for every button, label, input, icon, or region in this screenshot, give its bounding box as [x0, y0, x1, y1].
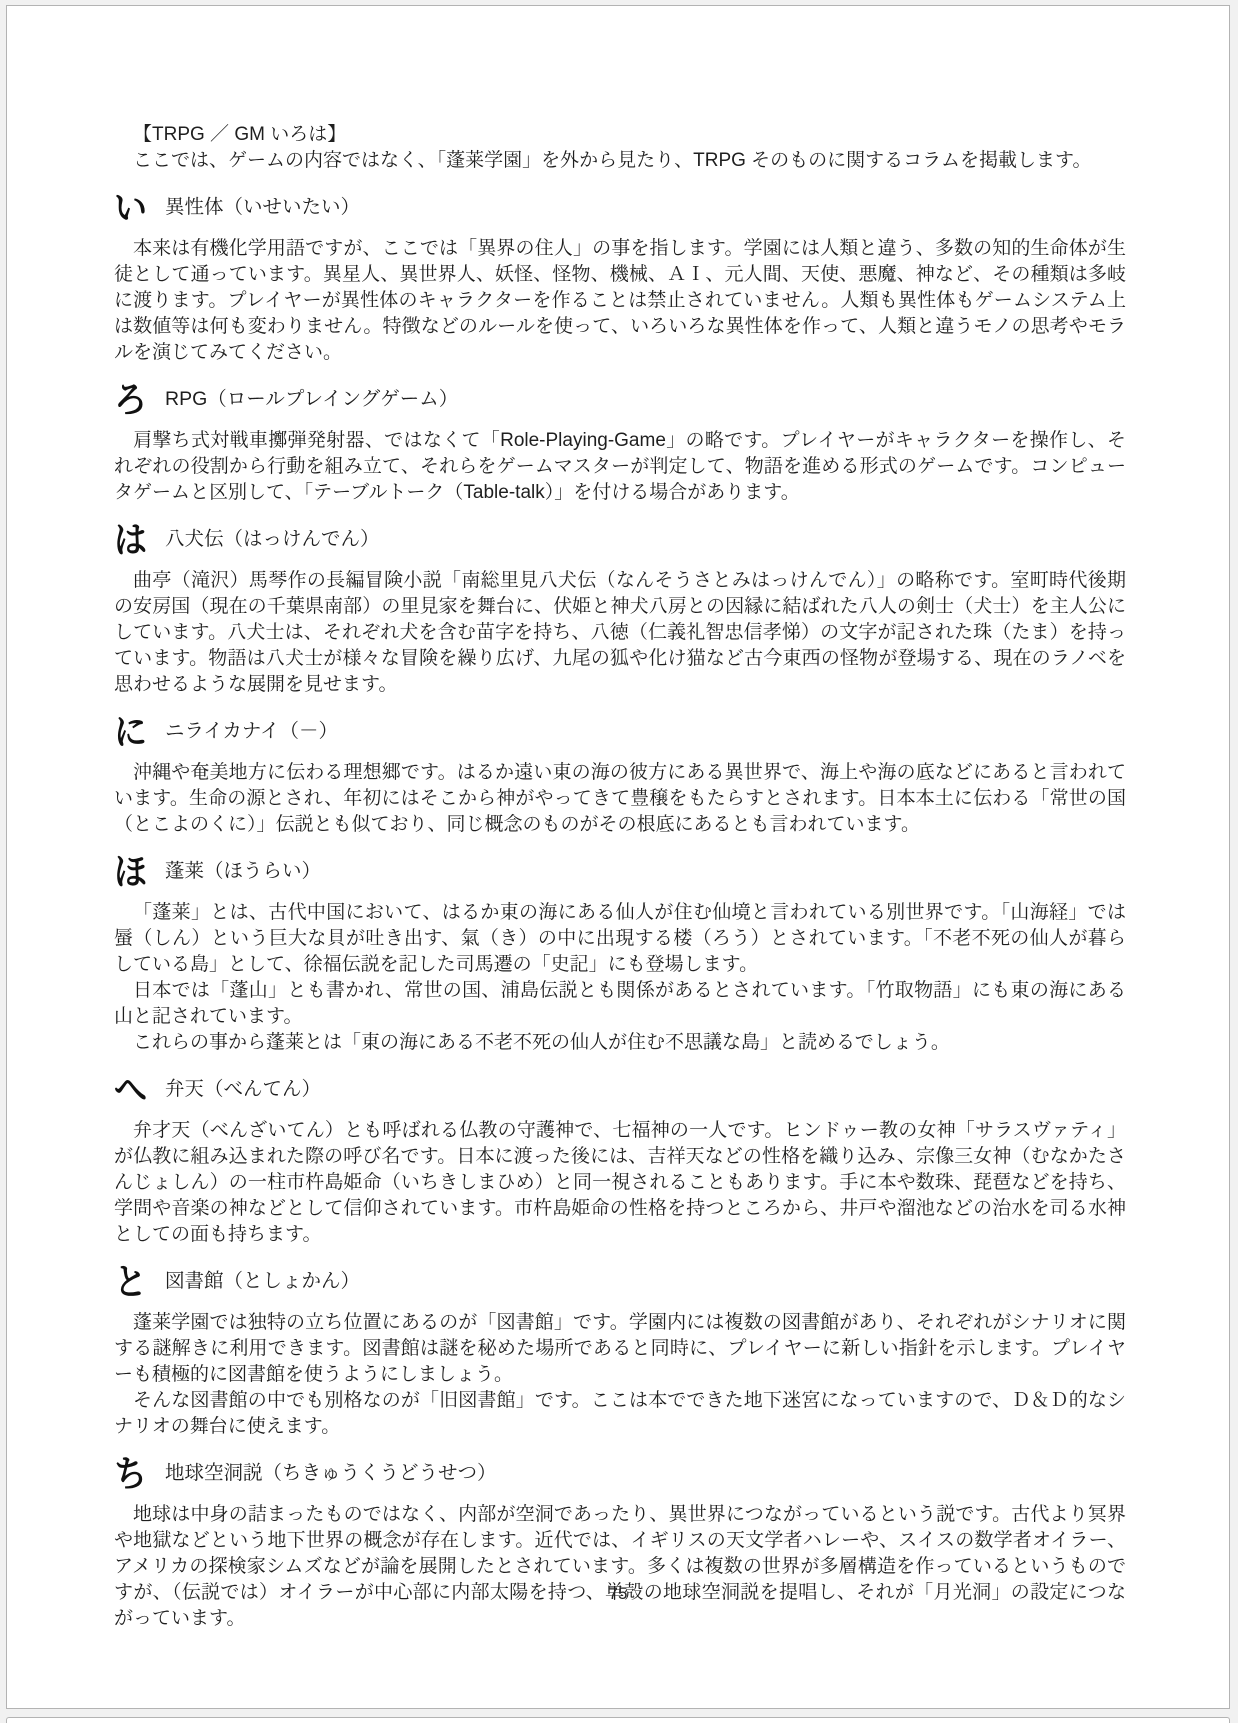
iroha-initial: ち: [114, 1455, 147, 1491]
column-header: 【TRPG ／ GM いろは】 ここでは、ゲームの内容ではなく、「蓬莱学園」を外…: [114, 122, 1126, 174]
entry-term: ニライカナイ（－）: [165, 718, 338, 744]
iroha-initial: へ: [114, 1071, 147, 1107]
entry-paragraph: 日本では「蓬山」とも書かれ、常世の国、浦島伝説とも関係があるとされています。「竹…: [114, 978, 1126, 1030]
column-intro: ここでは、ゲームの内容ではなく、「蓬莱学園」を外から見たり、TRPG そのものに…: [114, 148, 1126, 174]
glossary-entry-ho: ほ 蓬莱（ほうらい） 「蓬莱」とは、古代中国において、はるか東の海にある仙人が住…: [114, 851, 1126, 1056]
iroha-initial: ろ: [114, 381, 147, 417]
glossary-entry-ro: ろ RPG（ロールプレイングゲーム） 肩撃ち式対戦車擲弾発射器、ではなくて「Ro…: [114, 379, 1126, 506]
entry-paragraph: 肩撃ち式対戦車擲弾発射器、ではなくて「Role-Playing-Game」の略で…: [114, 428, 1126, 506]
entry-heading: と 図書館（としょかん）: [114, 1261, 1126, 1301]
entry-heading: に ニライカナイ（－）: [114, 711, 1126, 751]
entry-heading: ち 地球空洞説（ちきゅうくうどうせつ）: [114, 1453, 1126, 1493]
iroha-initial: と: [114, 1263, 147, 1299]
document-page: 【TRPG ／ GM いろは】 ここでは、ゲームの内容ではなく、「蓬莱学園」を外…: [6, 5, 1230, 1709]
glossary-entry-to: と 図書館（としょかん） 蓬莱学園では独特の立ち位置にあるのが「図書館」です。学…: [114, 1261, 1126, 1440]
entry-term: 異性体（いせいたい）: [165, 194, 360, 220]
entry-heading: い 異性体（いせいたい）: [114, 187, 1126, 227]
entry-term: 弁天（べんてん）: [165, 1076, 321, 1102]
page-content: 【TRPG ／ GM いろは】 ここでは、ゲームの内容ではなく、「蓬莱学園」を外…: [114, 122, 1126, 1632]
iroha-initial: ほ: [114, 853, 147, 889]
iroha-initial: い: [114, 189, 147, 225]
entry-paragraph: 曲亭（滝沢）馬琴作の長編冒険小説「南総里見八犬伝（なんそうさとみはっけんでん）」…: [114, 568, 1126, 698]
glossary-entry-he: へ 弁天（べんてん） 弁才天（べんざいてん）とも呼ばれる仏教の守護神で、七福神の…: [114, 1069, 1126, 1248]
column-title: 【TRPG ／ GM いろは】: [114, 122, 1126, 148]
entry-paragraph: 蓬莱学園では独特の立ち位置にあるのが「図書館」です。学園内には複数の図書館があり…: [114, 1310, 1126, 1388]
iroha-initial: は: [114, 521, 147, 557]
entry-paragraph: 沖縄や奄美地方に伝わる理想郷です。はるか遠い東の海の彼方にある異世界で、海上や海…: [114, 760, 1126, 838]
entry-heading: ほ 蓬莱（ほうらい）: [114, 851, 1126, 891]
page-number: 75: [7, 1584, 1229, 1604]
entry-heading: へ 弁天（べんてん）: [114, 1069, 1126, 1109]
glossary-entry-ni: に ニライカナイ（－） 沖縄や奄美地方に伝わる理想郷です。はるか遠い東の海の彼方…: [114, 711, 1126, 838]
entry-term: 図書館（としょかん）: [165, 1268, 360, 1294]
document-viewport: 【TRPG ／ GM いろは】 ここでは、ゲームの内容ではなく、「蓬莱学園」を外…: [0, 0, 1238, 1723]
entry-paragraph: これらの事から蓬莱とは「東の海にある不老不死の仙人が住む不思議な島」と読めるでし…: [114, 1030, 1126, 1056]
glossary-entry-chi: ち 地球空洞説（ちきゅうくうどうせつ） 地球は中身の詰まったものではなく、内部が…: [114, 1453, 1126, 1632]
entry-term: 蓬莱（ほうらい）: [165, 858, 321, 884]
entry-paragraph: 地球は中身の詰まったものではなく、内部が空洞であったり、異世界につながっていると…: [114, 1502, 1126, 1632]
entry-term: 八犬伝（はっけんでん）: [165, 526, 380, 552]
entry-term: RPG（ロールプレイングゲーム）: [165, 386, 458, 412]
iroha-initial: に: [114, 713, 147, 749]
entry-paragraph: そんな図書館の中でも別格なのが「旧図書館」です。ここは本でできた地下迷宮になって…: [114, 1388, 1126, 1440]
next-page-edge: [6, 1717, 1230, 1723]
glossary-entry-ha: は 八犬伝（はっけんでん） 曲亭（滝沢）馬琴作の長編冒険小説「南総里見八犬伝（な…: [114, 519, 1126, 698]
entry-paragraph: 「蓬莱」とは、古代中国において、はるか東の海にある仙人が住む仙境と言われている別…: [114, 900, 1126, 978]
entry-heading: ろ RPG（ロールプレイングゲーム）: [114, 379, 1126, 419]
glossary-entry-i: い 異性体（いせいたい） 本来は有機化学用語ですが、ここでは「異界の住人」の事を…: [114, 187, 1126, 366]
entry-paragraph: 本来は有機化学用語ですが、ここでは「異界の住人」の事を指します。学園には人類と違…: [114, 236, 1126, 366]
entry-term: 地球空洞説（ちきゅうくうどうせつ）: [165, 1460, 497, 1486]
entry-heading: は 八犬伝（はっけんでん）: [114, 519, 1126, 559]
entry-paragraph: 弁才天（べんざいてん）とも呼ばれる仏教の守護神で、七福神の一人です。ヒンドゥー教…: [114, 1118, 1126, 1248]
